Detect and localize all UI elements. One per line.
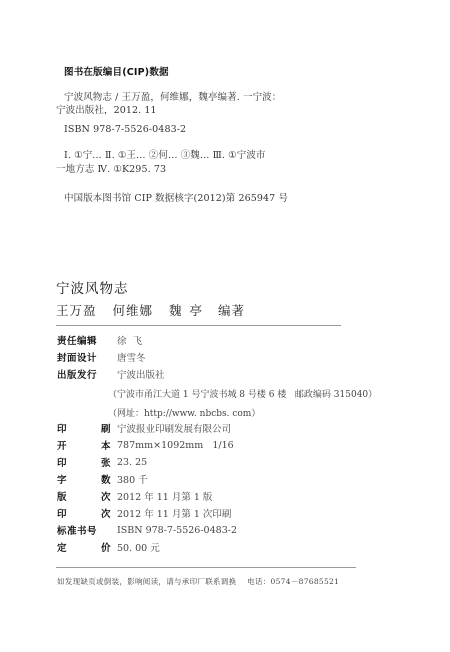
label-printing: 印次 (57, 506, 111, 520)
cip-line-publisher: 宁波出版社，2012. 11 (56, 102, 157, 116)
value-publisher: 宁波出版社 (117, 367, 165, 381)
label-cover-design: 封面设计 (57, 350, 111, 364)
label-price: 定价 (57, 540, 111, 554)
publisher-website: （网址：http://www. nbcbs. com） (108, 406, 260, 419)
label-publisher: 出版发行 (57, 367, 111, 381)
book-title: 宁波风物志 (56, 277, 129, 297)
divider-bottom (56, 567, 356, 568)
book-authors: 王万盈 何维娜 魏 亭 编著 (56, 301, 245, 319)
footer-note: 如发现缺页或倒装，影响阅读，请与承印厂联系调换 电话：0574－87685521 (57, 576, 339, 587)
divider-top (56, 325, 341, 326)
cip-line-title: 宁波风物志 / 王万盈，何维娜，魏亭编著. 一宁波： (64, 89, 281, 103)
row-publisher: 出版发行 宁波出版社 (57, 366, 165, 382)
label-isbn: 标准书号 (57, 523, 111, 537)
row-edition: 版次 2012 年 11 月第 1 版 (57, 488, 212, 504)
author-role: 编著 (218, 301, 245, 319)
row-printing: 印次 2012 年 11 月第 1 次印刷 (57, 505, 231, 521)
author-3: 魏 亭 (169, 301, 202, 319)
label-format: 开本 (57, 438, 111, 452)
value-printer: 宁波报业印刷发展有限公司 (117, 421, 231, 435)
value-printing: 2012 年 11 月第 1 次印刷 (117, 506, 231, 520)
row-responsible-editor: 责任编辑 徐 飞 (57, 332, 142, 348)
row-isbn: 标准书号 ISBN 978-7-5526-0483-2 (57, 522, 237, 538)
row-word-count: 字数 380 千 (57, 471, 148, 487)
cip-line-isbn: ISBN 978-7-5526-0483-2 (64, 124, 186, 135)
value-price: 50. 00 元 (117, 540, 160, 554)
value-isbn: ISBN 978-7-5526-0483-2 (117, 525, 237, 536)
copyright-page: 图书在版编目(CIP)数据 宁波风物志 / 王万盈，何维娜，魏亭编著. 一宁波：… (0, 0, 450, 652)
publisher-address: （宁波市甬江大道 1 号宁波书城 8 号楼 6 楼 邮政编码 315040） (108, 387, 377, 400)
value-word-count: 380 千 (117, 472, 148, 486)
value-responsible-editor: 徐 飞 (117, 333, 142, 347)
row-sheets: 印张 23. 25 (57, 454, 147, 470)
value-edition: 2012 年 11 月第 1 版 (117, 489, 212, 503)
row-format: 开本 787mm×1092mm 1/16 (57, 437, 234, 453)
row-printer: 印刷 宁波报业印刷发展有限公司 (57, 420, 231, 436)
author-1: 王万盈 (56, 301, 97, 319)
label-sheets: 印张 (57, 455, 111, 469)
author-2: 何维娜 (113, 301, 154, 319)
value-format: 787mm×1092mm 1/16 (117, 440, 234, 451)
row-price: 定价 50. 00 元 (57, 539, 160, 555)
label-responsible-editor: 责任编辑 (57, 333, 111, 347)
cip-line-classification: Ⅰ. ①宁… Ⅱ. ①王… ②何… ③魏… Ⅲ. ①宁波市 (64, 147, 266, 161)
row-cover-design: 封面设计 唐雪冬 (57, 349, 146, 365)
cip-line-classification-cont: 一地方志 Ⅳ. ①K295. 73 (56, 161, 166, 175)
value-sheets: 23. 25 (117, 457, 147, 468)
label-printer: 印刷 (57, 421, 111, 435)
label-edition: 版次 (57, 489, 111, 503)
label-word-count: 字数 (57, 472, 111, 486)
cip-heading: 图书在版编目(CIP)数据 (64, 64, 169, 78)
cip-line-verification: 中国版本图书馆 CIP 数据核字(2012)第 265947 号 (64, 190, 288, 204)
value-cover-design: 唐雪冬 (117, 350, 146, 364)
